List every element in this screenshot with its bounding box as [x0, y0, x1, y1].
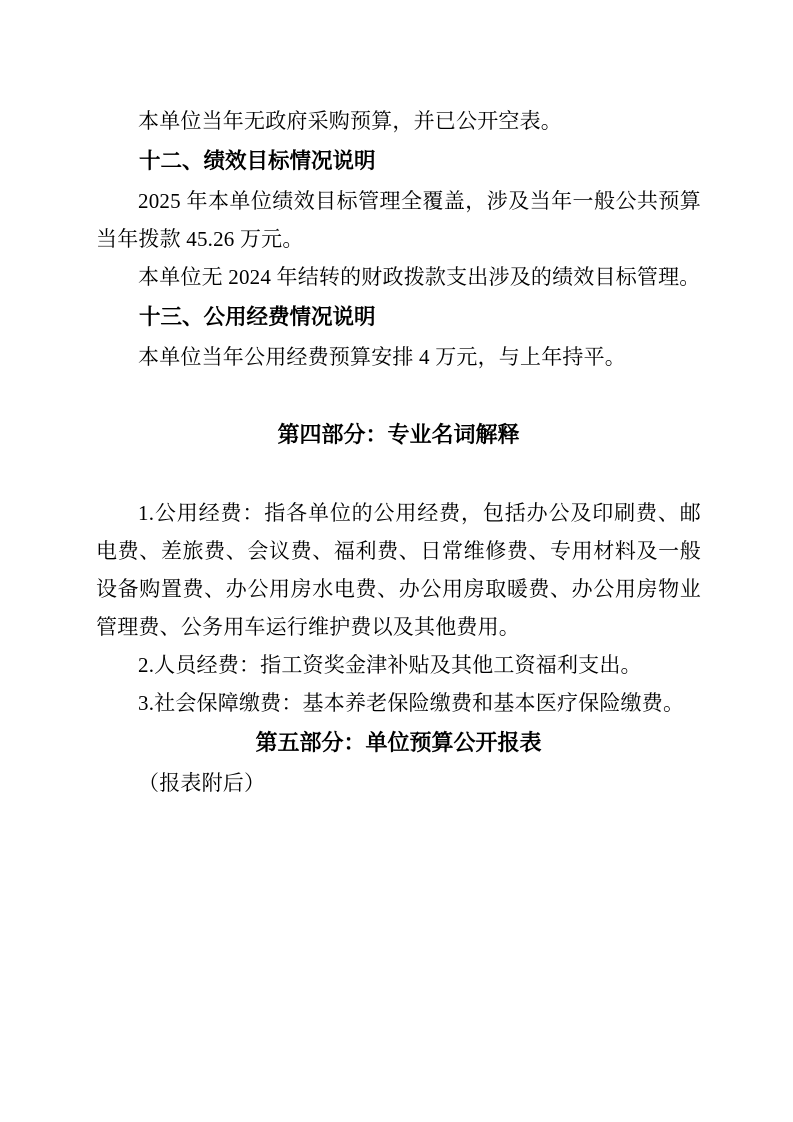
heading-section-13-public-funds: 十三、公用经费情况说明	[96, 296, 701, 338]
paragraph-performance-target-coverage: 2025 年本单位绩效目标管理全覆盖，涉及当年一般公共预算当年拨款 45.26 …	[96, 182, 701, 258]
paragraph-definition-social-security: 3.社会保障缴费：基本养老保险缴费和基本医疗保险缴费。	[96, 684, 701, 722]
paragraph-definition-personnel-funds: 2.人员经费：指工资奖金津补贴及其他工资福利支出。	[96, 646, 701, 684]
document-page: 本单位当年无政府采购预算，并已公开空表。 十二、绩效目标情况说明 2025 年本…	[0, 0, 793, 1122]
paragraph-tables-attached: （报表附后）	[96, 764, 701, 802]
paragraph-no-carryover-performance: 本单位无 2024 年结转的财政拨款支出涉及的绩效目标管理。	[96, 258, 701, 296]
heading-section-12-performance-targets: 十二、绩效目标情况说明	[96, 140, 701, 182]
heading-part-5-budget-tables: 第五部分：单位预算公开报表	[96, 722, 701, 764]
paragraph-no-gov-procurement: 本单位当年无政府采购预算，并已公开空表。	[96, 102, 701, 140]
paragraph-definition-public-funds: 1.公用经费：指各单位的公用经费，包括办公及印刷费、邮电费、差旅费、会议费、福利…	[96, 494, 701, 646]
paragraph-public-funds-budget: 本单位当年公用经费预算安排 4 万元，与上年持平。	[96, 338, 701, 376]
heading-part-4-terminology: 第四部分：专业名词解释	[96, 414, 701, 456]
